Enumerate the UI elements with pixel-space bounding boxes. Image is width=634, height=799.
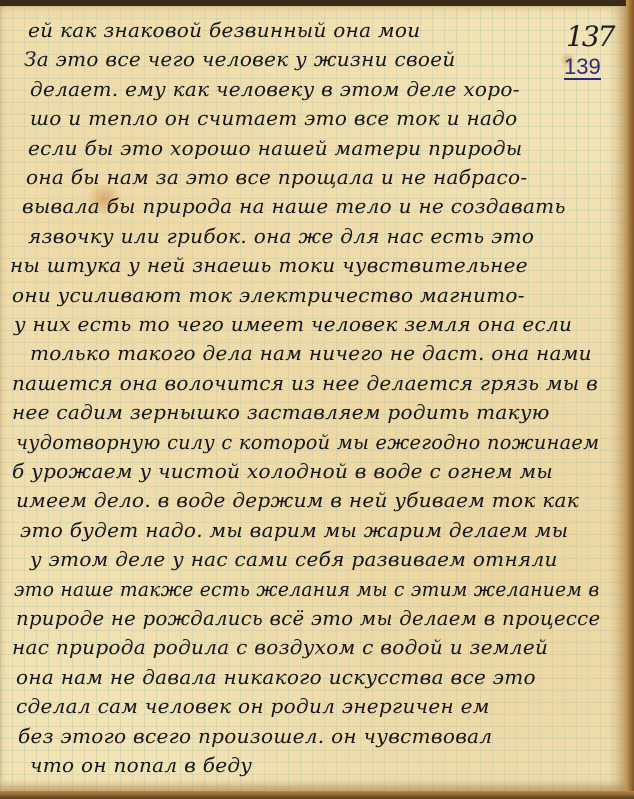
text-line: у этом деле у нас сами себя развиваем от… bbox=[30, 547, 558, 571]
text-line: язвочку или грибок. она же для нас есть … bbox=[28, 224, 534, 248]
text-line: имеем дело. в воде держим в ней убиваем … bbox=[16, 488, 579, 512]
handwritten-text: ей как знаковой безвинный она мои За это… bbox=[0, 6, 634, 799]
text-line: б урожаем у чистой холодной в воде с огн… bbox=[12, 459, 553, 483]
notebook-page: 137 139 ей как знаковой безвинный она мо… bbox=[0, 0, 626, 791]
text-line: они усиливают ток электричество магнито- bbox=[12, 283, 525, 307]
page-edge-right bbox=[626, 0, 634, 799]
text-line: без этого всего произошел. он чувствовал bbox=[18, 724, 492, 748]
text-line: вывала бы природа на наше тело и не созд… bbox=[22, 194, 566, 218]
text-line: шо и тепло он считает это все ток и надо bbox=[30, 106, 518, 130]
text-line: это наше также есть желания мы с этим же… bbox=[14, 577, 600, 601]
text-line: если бы это хорошо нашей матери природы bbox=[28, 136, 522, 160]
text-line: только такого дела нам ничего не даст. о… bbox=[30, 341, 592, 365]
text-line: природе не рождались всё это мы делаем в… bbox=[16, 606, 600, 630]
text-line: пашется она волочится из нее делается гр… bbox=[12, 371, 598, 395]
text-line: чудотворную силу с которой мы ежегодно п… bbox=[16, 430, 599, 454]
text-line: ны штука у ней знаешь токи чувствительне… bbox=[10, 253, 528, 277]
text-line: За это все чего человек у жизни своей bbox=[24, 47, 456, 71]
text-line: это будет надо. мы варим мы жарим делаем… bbox=[20, 518, 568, 542]
text-line: она бы нам за это все прощала и не набра… bbox=[26, 165, 527, 189]
text-line: что он попал в беду bbox=[30, 753, 252, 777]
text-line: у них есть то чего имеет человек земля о… bbox=[14, 312, 572, 336]
text-line: ей как знаковой безвинный она мои bbox=[28, 18, 420, 42]
page-edge-bottom bbox=[0, 791, 634, 799]
text-line: она нам не давала никакого искусства все… bbox=[16, 665, 536, 689]
text-line: нас природа родила с воздухом с водой и … bbox=[12, 635, 548, 659]
text-line: делает. ему как человеку в этом деле хор… bbox=[30, 77, 520, 101]
text-line: сделал сам человек он родил энергичен ем bbox=[16, 694, 490, 718]
text-line: нее садим зернышко заставляем родить так… bbox=[12, 400, 550, 424]
